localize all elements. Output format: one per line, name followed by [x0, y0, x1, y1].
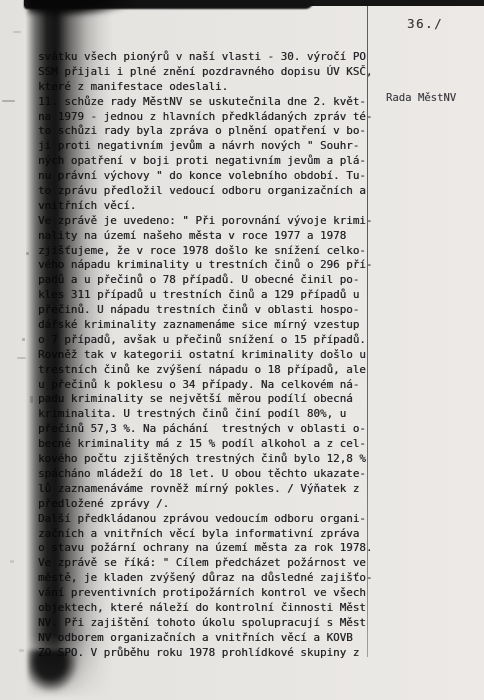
page-number: 36./ — [407, 16, 443, 31]
binding-gutter-shadow — [26, 0, 112, 698]
binding-gutter-shadow-top — [28, 0, 132, 17]
margin-note: Rada MěstNV — [386, 92, 456, 104]
binding-gutter-shadow-bottom — [28, 650, 78, 692]
scanned-document-page: 36./ Rada MěstNV svátku všech pionýrů v … — [0, 0, 484, 700]
scan-speck — [19, 649, 24, 652]
scan-speck — [17, 357, 26, 359]
scan-speck — [10, 560, 14, 563]
scan-speck — [13, 31, 21, 33]
scan-speck — [2, 100, 15, 102]
scan-speck — [22, 338, 25, 341]
